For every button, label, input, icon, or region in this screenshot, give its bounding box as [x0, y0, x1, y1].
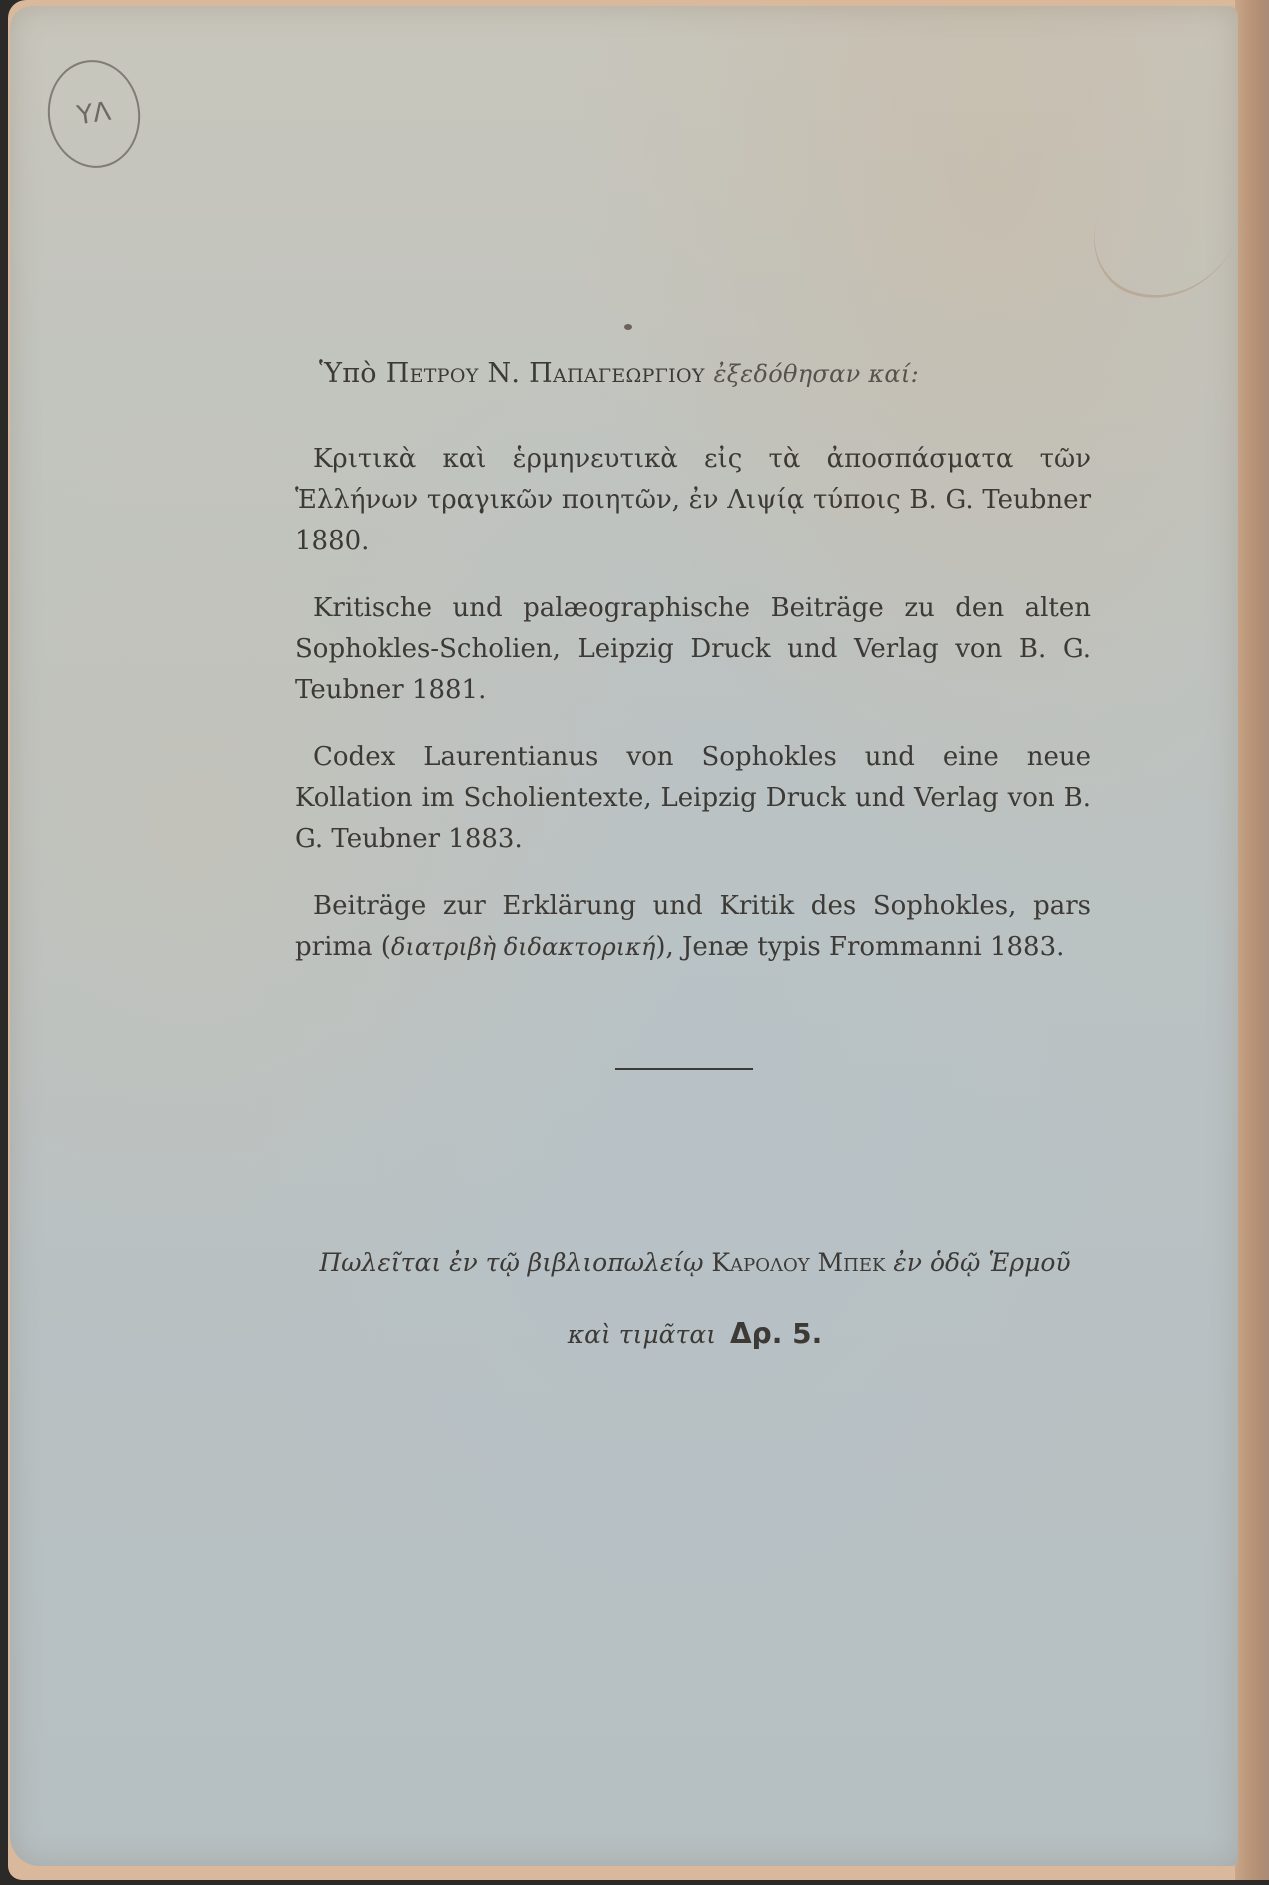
- heading-prefix: Ὑπὸ: [319, 358, 377, 389]
- sold-line: Πωλεῖται ἐν τῷ βιβλιοπωλείῳ Καρολου Μπεκ…: [295, 1248, 1095, 1277]
- entry-4-after: ), Jenæ typis Frommanni 1883.: [655, 932, 1064, 962]
- heading: Ὑπὸ Πετρου Ν. Παπαγεωργιου ἐξεδόθησαν κα…: [295, 358, 1091, 389]
- bookseller-name: Καρολου Μπεκ: [711, 1248, 885, 1277]
- sold-prefix: Πωλεῖται ἐν τῷ βιβλιοπωλείῳ: [319, 1248, 703, 1277]
- price-line: καὶ τιμᾶται Δρ. 5.: [295, 1317, 1095, 1350]
- price-amount: Δρ. 5.: [730, 1317, 822, 1350]
- heading-author: Πετρου Ν. Παπαγεωργιου: [386, 358, 705, 389]
- price-prefix: καὶ τιμᾶται: [568, 1320, 716, 1349]
- scanned-page: ΥΛ Ὑπὸ Πετρου Ν. Παπαγεωργιου ἐξεδόθησαν…: [0, 0, 1269, 1885]
- spine-edge: [1235, 0, 1269, 1880]
- section-divider: [615, 1068, 753, 1070]
- inventory-mark-text: ΥΛ: [75, 97, 113, 131]
- entry-4: Beiträge zur Erklärung und Kritik des So…: [295, 886, 1091, 968]
- ink-speck: [624, 324, 632, 330]
- publication-list: Ὑπὸ Πετρου Ν. Παπαγεωργιου ἐξεδόθησαν κα…: [295, 358, 1091, 982]
- heading-suffix: ἐξεδόθησαν καί:: [714, 360, 919, 388]
- sold-suffix: ἐν ὁδῷ Ἑρμοῦ: [893, 1248, 1070, 1277]
- entry-1: Κριτικὰ καὶ ἑρμηνευτικὰ εἰς τὰ ἀποσπάσμα…: [295, 439, 1091, 562]
- entry-4-greek: διατριβὴ διδακτορική: [391, 933, 655, 961]
- sale-notice: Πωλεῖται ἐν τῷ βιβλιοπωλείῳ Καρολου Μπεκ…: [295, 1248, 1095, 1350]
- entry-3: Codex Laurentianus von Sophokles und ein…: [295, 737, 1091, 860]
- entry-2: Kritische und palæographische Beiträge z…: [295, 588, 1091, 711]
